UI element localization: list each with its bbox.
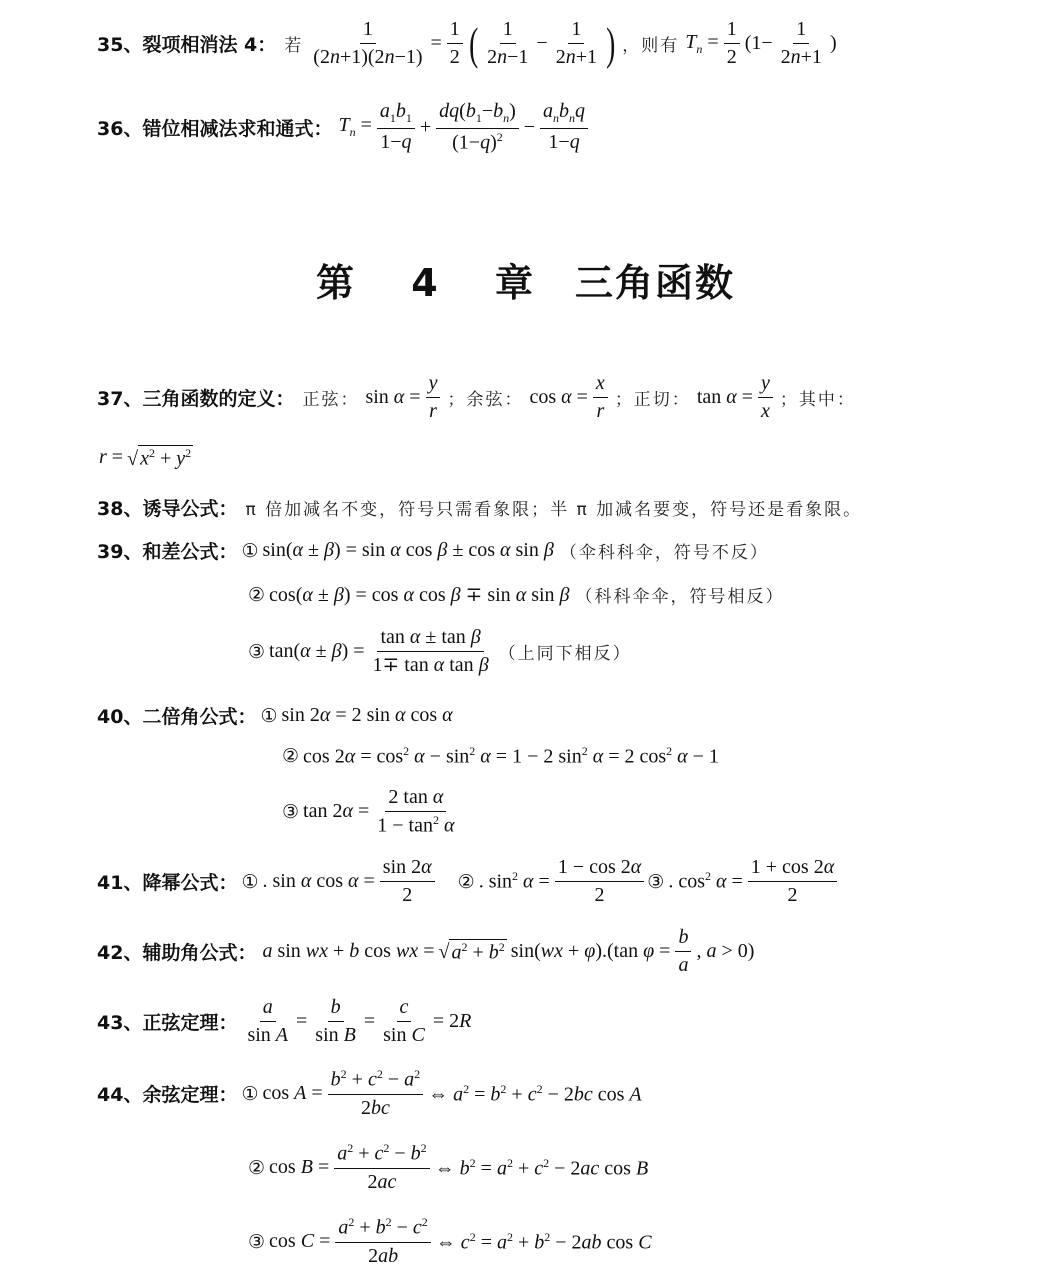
- item-label: 37、三角函数的定义：: [97, 384, 294, 411]
- item-label: 43、正弦定理：: [97, 1008, 237, 1035]
- item-44-3: ③ cos C = a2 + b2 − c22ab ⇔ c2 = a2 + b2…: [248, 1216, 654, 1267]
- item-37: 37、三角函数的定义： 正弦： sin α = yr ；余弦： cos α = …: [97, 372, 860, 423]
- item-42: 42、辅助角公式： a sin wx + b cos wx = √a2 + b2…: [97, 926, 756, 977]
- item-43: 43、正弦定理： asin A = bsin B = csin C = 2R: [97, 996, 473, 1047]
- chapter-title: 第 4 章 三角函数: [0, 252, 1051, 307]
- item-36: 36、错位相减法求和通式： Tn = a1b11−q + dq(b1−bn)(1…: [97, 100, 591, 154]
- item-label: 42、辅助角公式：: [97, 938, 256, 965]
- item-35: 35、裂项相消法 4： 若 1(2n+1)(2n−1) = 12 ( 12n−1…: [97, 18, 839, 69]
- item-39-2: ② cos(α ± β) = cos α cos β ∓ sin α sin β…: [248, 582, 789, 607]
- item-40-2: ② cos 2α = cos2 α − sin2 α = 1 − 2 sin2 …: [282, 744, 721, 769]
- item-label: 38、诱导公式：: [97, 494, 237, 521]
- item-label: 35、裂项相消法 4：: [97, 30, 276, 57]
- item-label: 41、降幂公式：: [97, 868, 237, 895]
- item-44-2: ② cos B = a2 + c2 − b22ac ⇔ b2 = a2 + c2…: [248, 1142, 650, 1194]
- item-39-3: ③ tan(α ± β) = tan α ± tan β1∓ tan α tan…: [248, 626, 636, 677]
- item-38: 38、诱导公式： π 倍加减名不变，符号只需看象限；半 π 加减名要变，符号还是…: [97, 494, 866, 521]
- item-37-radius: r = √x2 + y2: [97, 445, 195, 471]
- item-41: 41、降幂公式： ①. sin α cos α = sin 2α2 ②. sin…: [97, 856, 840, 907]
- item-label: 36、错位相减法求和通式：: [97, 114, 332, 141]
- item-39: 39、和差公式： ① sin(α ± β) = sin α cos β ± co…: [97, 537, 773, 564]
- item-label: 44、余弦定理：: [97, 1080, 237, 1107]
- item-label: 40、二倍角公式：: [97, 702, 256, 729]
- item-40-3: ③ tan 2α = 2 tan α1 − tan2 α: [282, 786, 460, 838]
- formula: 1(2n+1)(2n−1): [310, 18, 425, 69]
- item-label: 39、和差公式：: [97, 537, 237, 564]
- item-44: 44、余弦定理： ① cos A = b2 + c2 − a22bc ⇔ a2 …: [97, 1068, 644, 1120]
- item-40: 40、二倍角公式： ① sin 2α = 2 sin α cos α: [97, 702, 455, 729]
